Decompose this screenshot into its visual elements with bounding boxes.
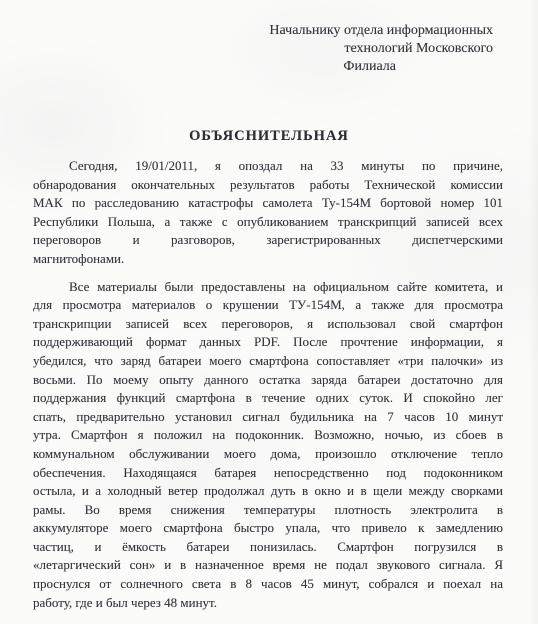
text-line: утра. Смартфон я положил на подоконник. … — [33, 426, 503, 445]
recipient-line: Филиала — [253, 58, 493, 76]
text-line: восьми. По моему опыту данного остатка з… — [33, 371, 503, 390]
text-line: спать, предварительно установил сигнал б… — [33, 408, 503, 427]
text-line: Все материалы были предоставлены на офиц… — [33, 278, 503, 297]
paragraph-explanation-details: Все материалы были предоставлены на офиц… — [33, 278, 503, 613]
text-line: работу, где и был через 48 минут. — [33, 594, 503, 613]
text-line: остыла, и а холодный ветер продолжал дут… — [33, 482, 503, 501]
text-line: обнародования окончательных результатов … — [33, 176, 503, 195]
text-line: для просмотра материалов о крушении ТУ-1… — [33, 296, 503, 315]
text-line: Сегодня, 19/01/2011, я опоздал на 33 мин… — [33, 157, 503, 176]
text-line: поддержания функций смартфона в течение … — [33, 389, 503, 408]
text-line: коммунальном обслуживании моего дома, пр… — [33, 445, 503, 464]
recipient-line: технологий Московского — [253, 40, 493, 58]
text-line: транскрипции записей всех переговоров, я… — [33, 315, 503, 334]
text-line: Республики Польша, а также с опубликован… — [33, 213, 503, 232]
recipient-line: Начальнику отдела информационных — [253, 22, 493, 40]
paragraph-lateness-reason: Сегодня, 19/01/2011, я опоздал на 33 мин… — [33, 157, 503, 269]
text-line: обеспечения. Находящаяся батарея непосре… — [33, 464, 503, 483]
text-line: переговоров и разговоров, зарегистрирова… — [33, 231, 503, 250]
text-line: частиц, и ёмкость батареи понизилась. См… — [33, 538, 503, 557]
text-line: поддерживающий формат данных PDF. После … — [33, 333, 503, 352]
text-line: убедился, что заряд батареи моего смартф… — [33, 352, 503, 371]
text-line: проснулся от солнечного света в 8 часов … — [33, 575, 503, 594]
scanned-document-page: Начальнику отдела информационныхтехнолог… — [0, 0, 538, 624]
text-line: «летаргический сон» и в назначенное врем… — [33, 556, 503, 575]
text-line: МАК по расследованию катастрофы самолета… — [33, 194, 503, 213]
recipient-address-block: Начальнику отдела информационныхтехнолог… — [253, 22, 493, 76]
document-title: ОБЪЯСНИТЕЛЬНАЯ — [0, 128, 538, 145]
text-line: аккумуляторе моего смартфона быстро упал… — [33, 519, 503, 538]
document-body: Сегодня, 19/01/2011, я опоздал на 33 мин… — [33, 157, 503, 612]
text-line: магнитофонами. — [33, 250, 503, 269]
text-line: рамы. Во время снижения температуры плот… — [33, 501, 503, 520]
